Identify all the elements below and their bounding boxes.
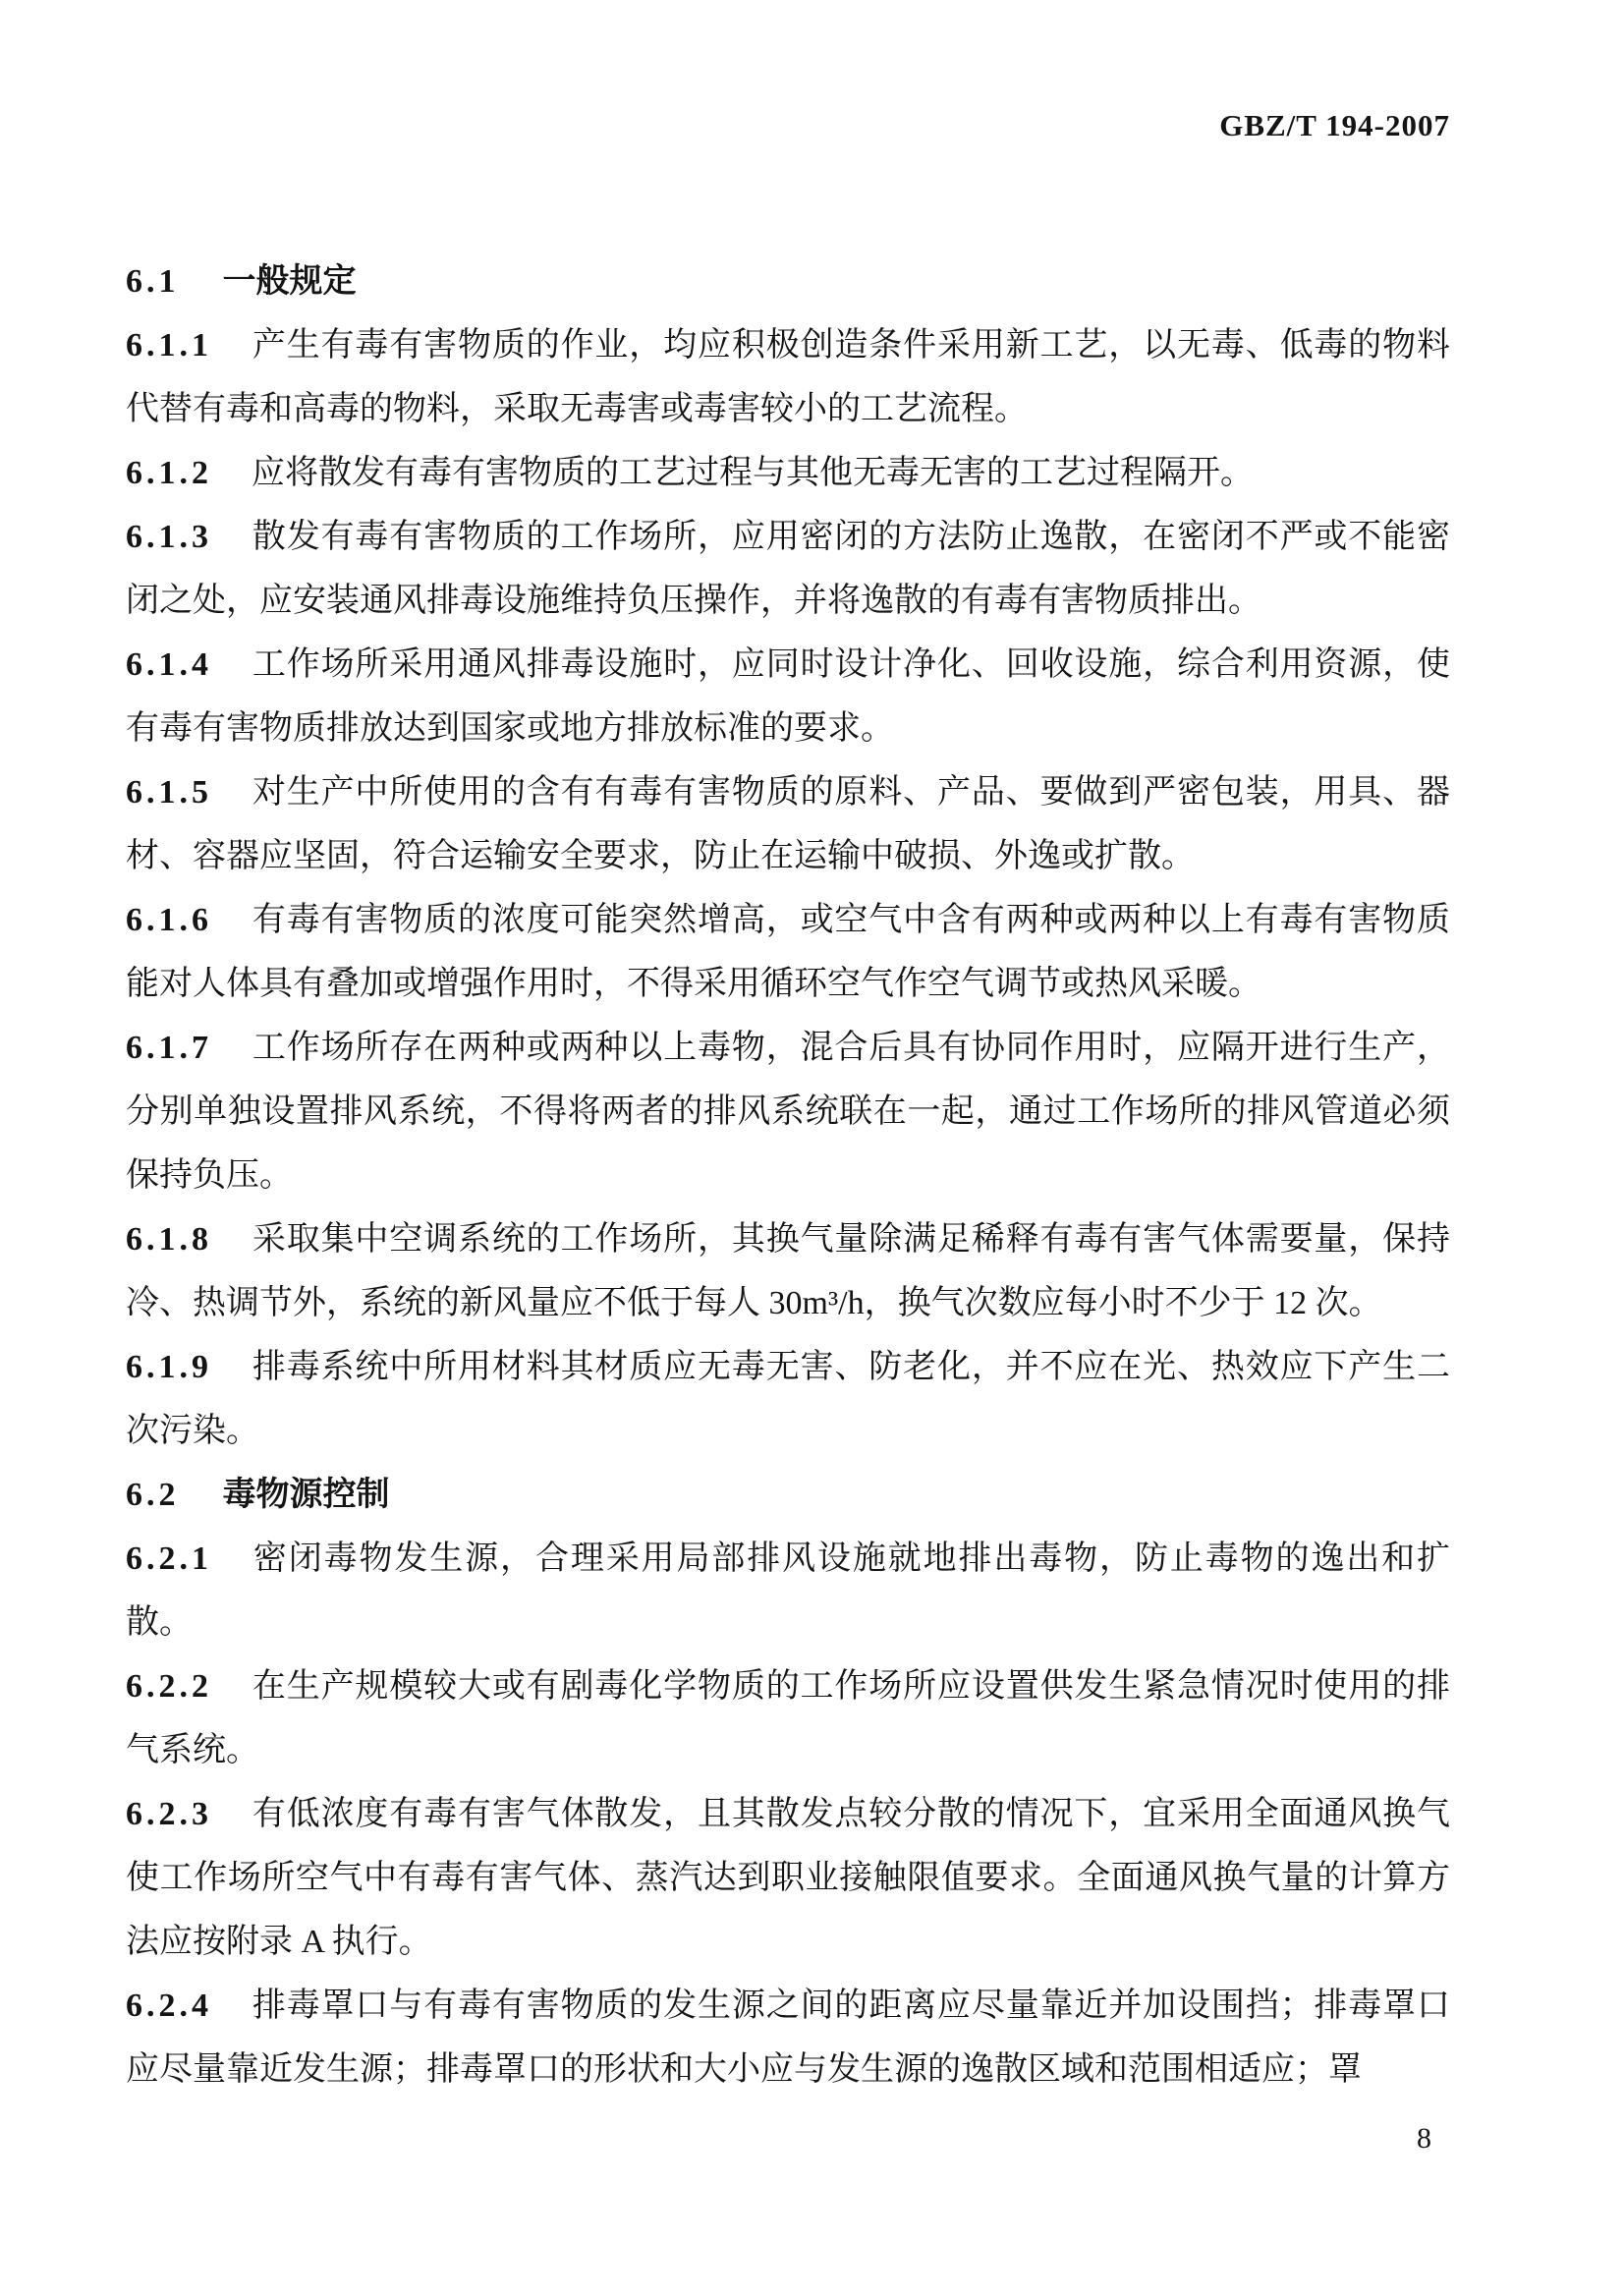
clause-number: 6.2.2 <box>126 1668 212 1705</box>
clause-number: 6.1.7 <box>126 1030 212 1066</box>
clause-text: 工作场所存在两种或两种以上毒物，混合后具有协同作用时，应隔开进行生产，分别单独设… <box>126 1030 1450 1194</box>
clause-number: 6.2.1 <box>126 1540 212 1577</box>
clause-text: 排毒系统中所用材料其材质应无毒无害、防老化，并不应在光、热效应下产生二次污染。 <box>126 1349 1450 1449</box>
clause-number: 6.1.8 <box>126 1221 212 1258</box>
clause-text: 采取集中空调系统的工作场所，其换气量除满足稀释有毒有害气体需要量，保持冷、热调节… <box>126 1221 1450 1321</box>
clause-6-1-1: 6.1.1产生有毒有害物质的作业，均应积极创造条件采用新工艺，以无毒、低毒的物料… <box>126 313 1450 441</box>
clause-6-1-6: 6.1.6有毒有害物质的浓度可能突然增高，或空气中含有两种或两种以上有毒有害物质… <box>126 888 1450 1016</box>
section-number: 6.1 <box>126 263 180 300</box>
section-title: 毒物源控制 <box>223 1477 390 1513</box>
clause-number: 6.1.6 <box>126 902 212 938</box>
clause-6-2-1: 6.2.1密闭毒物发生源，合理采用局部排风设施就地排出毒物，防止毒物的逸出和扩散… <box>126 1527 1450 1654</box>
clause-6-1-9: 6.1.9排毒系统中所用材料其材质应无毒无害、防老化，并不应在光、热效应下产生二… <box>126 1335 1450 1463</box>
standard-number: GBZ/T 194-2007 <box>1219 108 1450 142</box>
clause-text: 应将散发有毒有害物质的工艺过程与其他无毒无害的工艺过程隔开。 <box>252 455 1254 491</box>
clause-6-1-5: 6.1.5对生产中所使用的含有有毒有害物质的原料、产品、要做到严密包装，用具、器… <box>126 760 1450 888</box>
clause-text: 产生有毒有害物质的作业，均应积极创造条件采用新工艺，以无毒、低毒的物料代替有毒和… <box>126 327 1450 427</box>
clause-6-2-4: 6.2.4排毒罩口与有毒有害物质的发生源之间的距离应尽量靠近并加设围挡；排毒罩口… <box>126 1974 1450 2101</box>
clause-number: 6.2.4 <box>126 1988 212 2024</box>
section-number: 6.2 <box>126 1477 180 1513</box>
clause-text: 对生产中所使用的含有有毒有害物质的原料、产品、要做到严密包装，用具、器材、容器应… <box>126 774 1450 874</box>
clause-number: 6.1.2 <box>126 455 212 491</box>
document-header: GBZ/T 194-2007 <box>126 108 1450 143</box>
clause-number: 6.1.4 <box>126 646 212 683</box>
section-heading-6-1: 6.1一般规定 <box>126 250 1450 313</box>
clause-6-2-3: 6.2.3有低浓度有毒有害气体散发，且其散发点较分散的情况下，宜采用全面通风换气… <box>126 1782 1450 1974</box>
clause-6-1-3: 6.1.3散发有毒有害物质的工作场所，应用密闭的方法防止逸散，在密闭不严或不能密… <box>126 505 1450 633</box>
clause-6-1-8: 6.1.8采取集中空调系统的工作场所，其换气量除满足稀释有毒有害气体需要量，保持… <box>126 1207 1450 1335</box>
clause-number: 6.2.3 <box>126 1796 212 1832</box>
clause-number: 6.1.1 <box>126 327 212 364</box>
page-number: 8 <box>1417 2122 1431 2155</box>
clause-6-2-2: 6.2.2在生产规模较大或有剧毒化学物质的工作场所应设置供发生紧急情况时使用的排… <box>126 1654 1450 1782</box>
clause-text: 有低浓度有毒有害气体散发，且其散发点较分散的情况下，宜采用全面通风换气使工作场所… <box>126 1796 1450 1960</box>
clause-6-1-4: 6.1.4工作场所采用通风排毒设施时，应同时设计净化、回收设施，综合利用资源，使… <box>126 633 1450 760</box>
clause-6-1-2: 6.1.2应将散发有毒有害物质的工艺过程与其他无毒无害的工艺过程隔开。 <box>126 441 1450 505</box>
section-heading-6-2: 6.2毒物源控制 <box>126 1463 1450 1527</box>
clause-text: 在生产规模较大或有剧毒化学物质的工作场所应设置供发生紧急情况时使用的排气系统。 <box>126 1668 1450 1768</box>
document-page: GBZ/T 194-2007 6.1一般规定 6.1.1产生有毒有害物质的作业，… <box>0 0 1624 2296</box>
clause-text: 密闭毒物发生源，合理采用局部排风设施就地排出毒物，防止毒物的逸出和扩散。 <box>126 1540 1450 1641</box>
clause-text: 有毒有害物质的浓度可能突然增高，或空气中含有两种或两种以上有毒有害物质能对人体具… <box>126 902 1450 1002</box>
clause-number: 6.1.5 <box>126 774 212 811</box>
clause-number: 6.1.3 <box>126 519 212 555</box>
clause-number: 6.1.9 <box>126 1349 212 1385</box>
clause-text: 排毒罩口与有毒有害物质的发生源之间的距离应尽量靠近并加设围挡；排毒罩口应尽量靠近… <box>126 1988 1450 2088</box>
document-content: 6.1一般规定 6.1.1产生有毒有害物质的作业，均应积极创造条件采用新工艺，以… <box>126 250 1450 2101</box>
clause-6-1-7: 6.1.7工作场所存在两种或两种以上毒物，混合后具有协同作用时，应隔开进行生产，… <box>126 1016 1450 1207</box>
page-footer: 8 <box>1417 2122 1431 2156</box>
clause-text: 工作场所采用通风排毒设施时，应同时设计净化、回收设施，综合利用资源，使有毒有害物… <box>126 646 1450 747</box>
section-title: 一般规定 <box>223 263 357 300</box>
clause-text: 散发有毒有害物质的工作场所，应用密闭的方法防止逸散，在密闭不严或不能密闭之处，应… <box>126 519 1450 619</box>
